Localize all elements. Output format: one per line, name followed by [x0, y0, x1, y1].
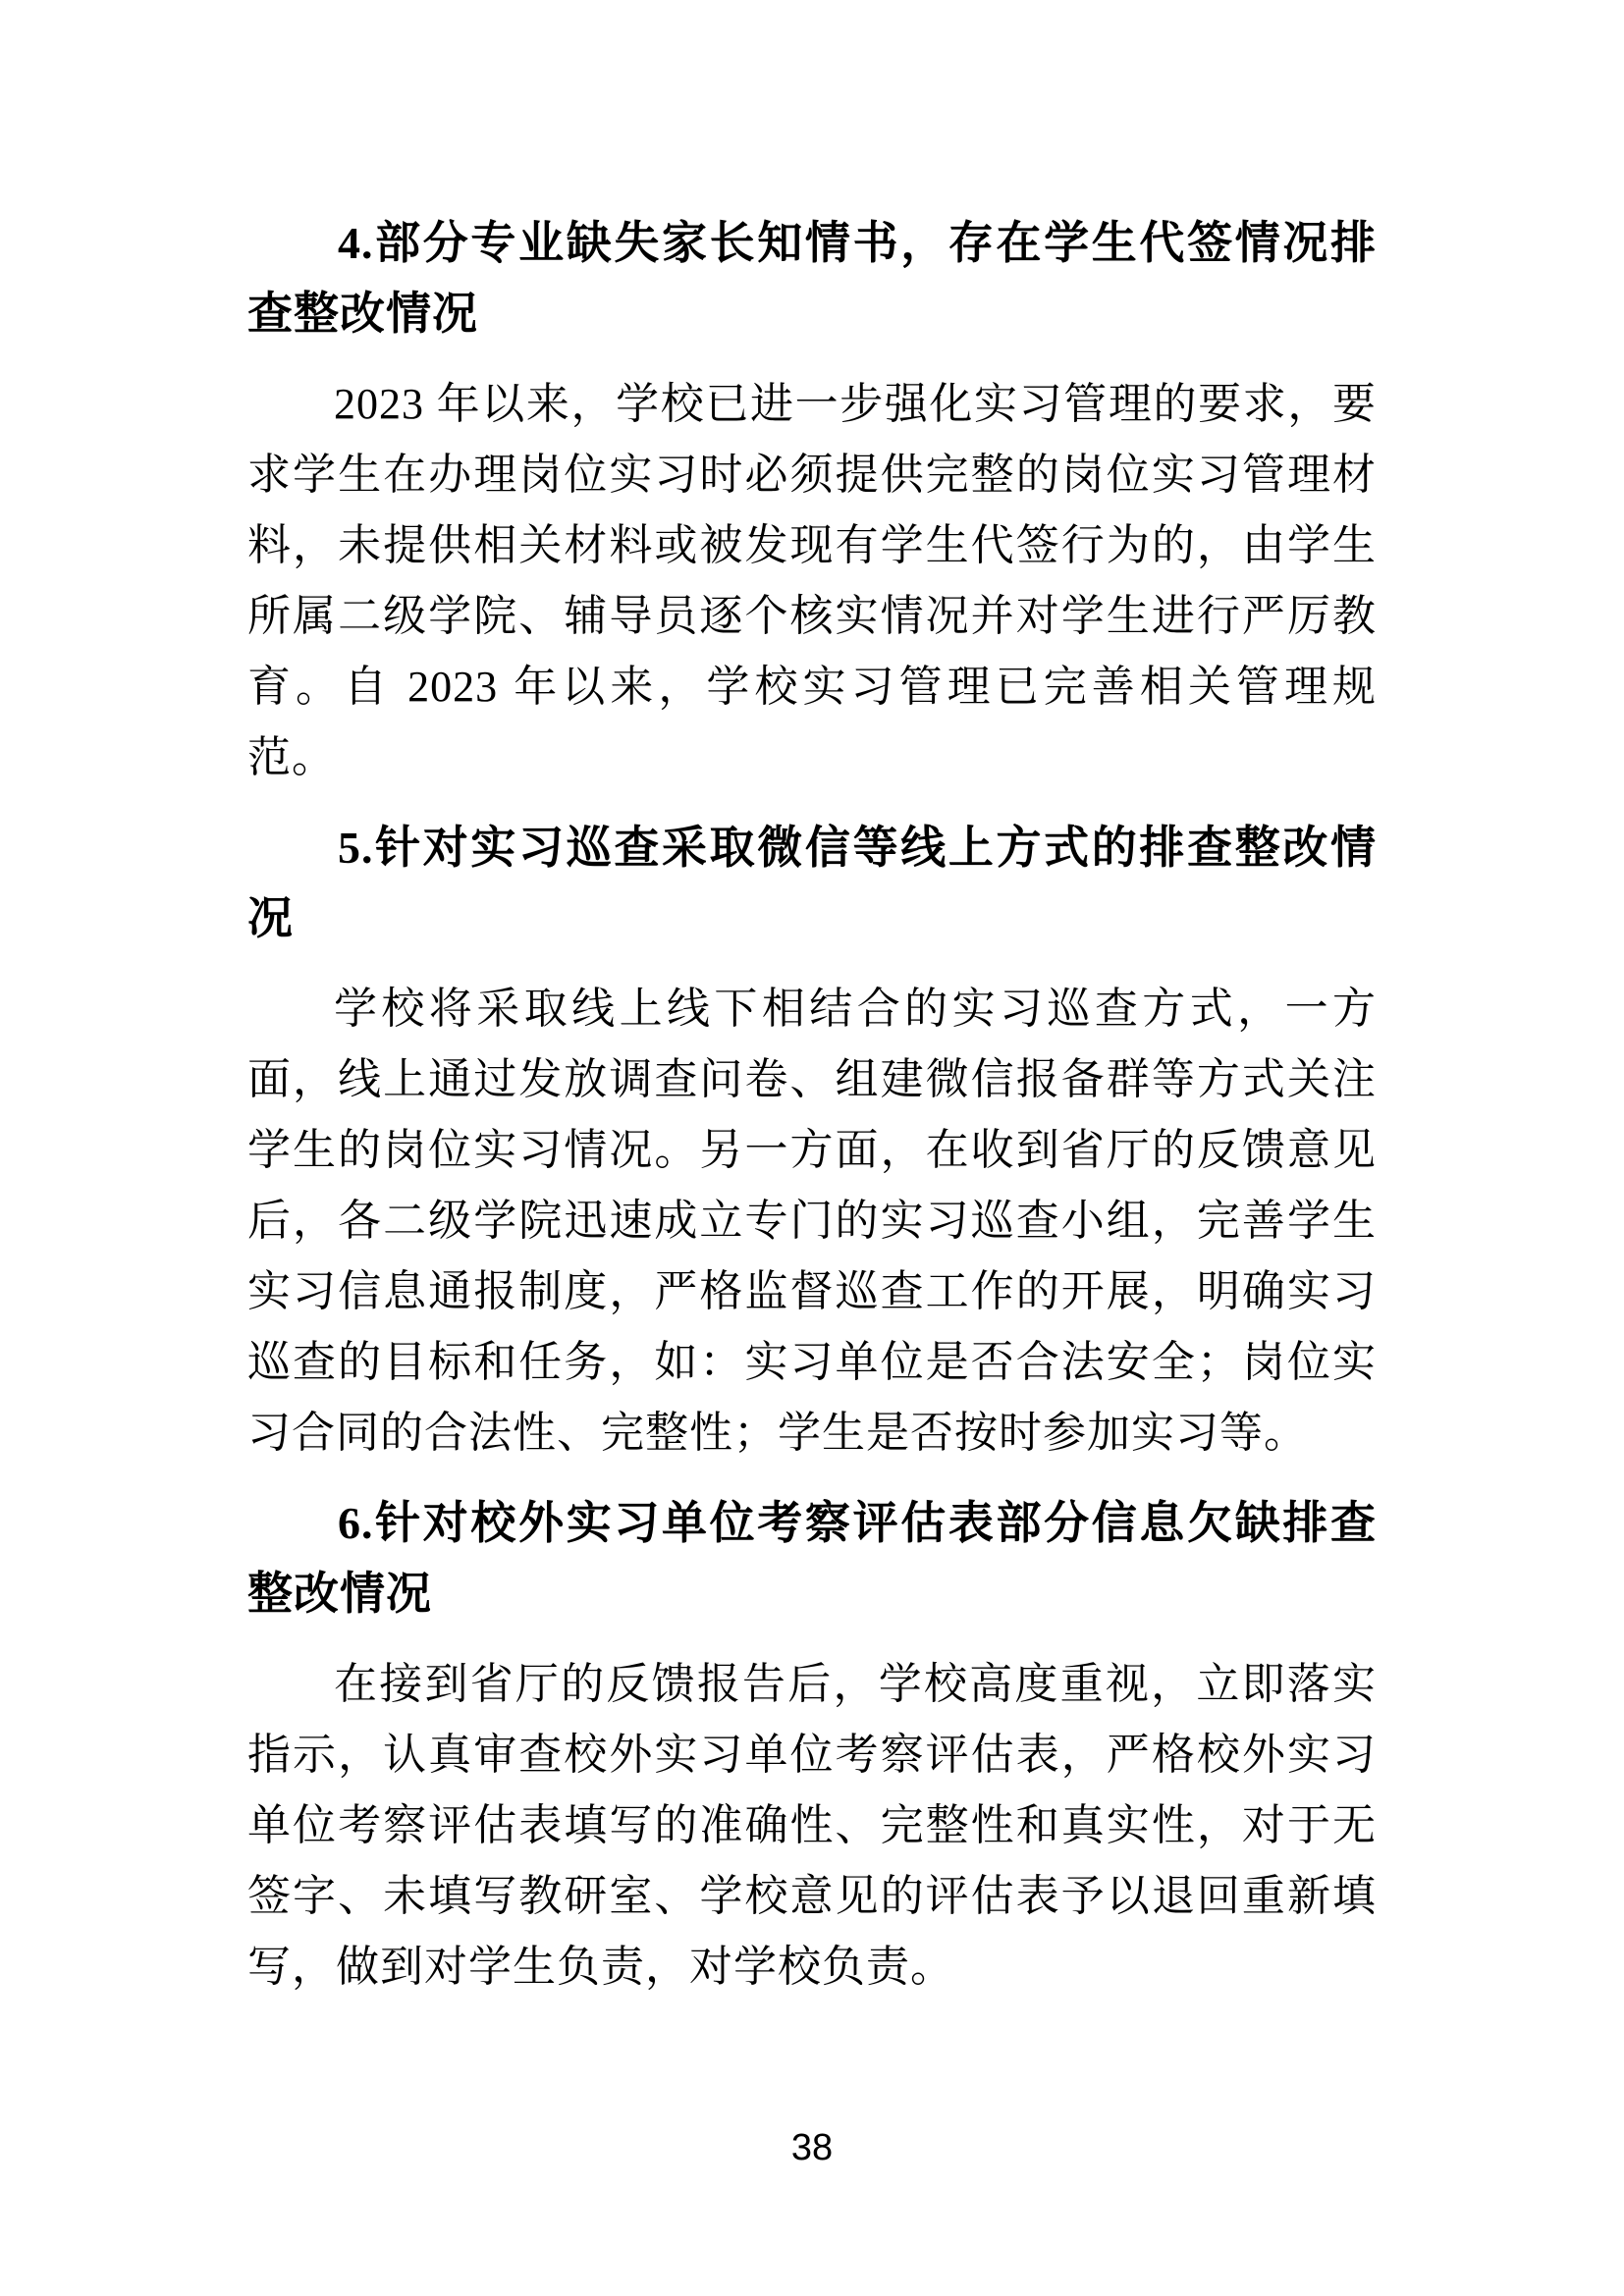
document-content: 4.部分专业缺失家长知情书，存在学生代签情况排查整改情况 2023 年以来，学校… [0, 0, 1624, 2002]
section-paragraph-5: 学校将采取线上线下相结合的实习巡查方式，一方面，线上通过发放调查问卷、组建微信报… [247, 974, 1377, 1468]
document-page: 4.部分专业缺失家长知情书，存在学生代签情况排查整改情况 2023 年以来，学校… [0, 0, 1624, 2296]
section-paragraph-4: 2023 年以来，学校已进一步强化实习管理的要求，要求学生在办理岗位实习时必须提… [247, 369, 1377, 793]
section-heading-5: 5.针对实习巡查采取微信等线上方式的排查整改情况 [247, 813, 1377, 954]
section-heading-6: 6.针对校外实习单位考察评估表部分信息欠缺排查整改情况 [247, 1488, 1377, 1629]
section-heading-4: 4.部分专业缺失家长知情书，存在学生代签情况排查整改情况 [247, 208, 1377, 349]
section-paragraph-6: 在接到省厅的反馈报告后，学校高度重视，立即落实指示，认真审查校外实习单位考察评估… [247, 1649, 1377, 2002]
page-number: 38 [0, 2126, 1624, 2169]
